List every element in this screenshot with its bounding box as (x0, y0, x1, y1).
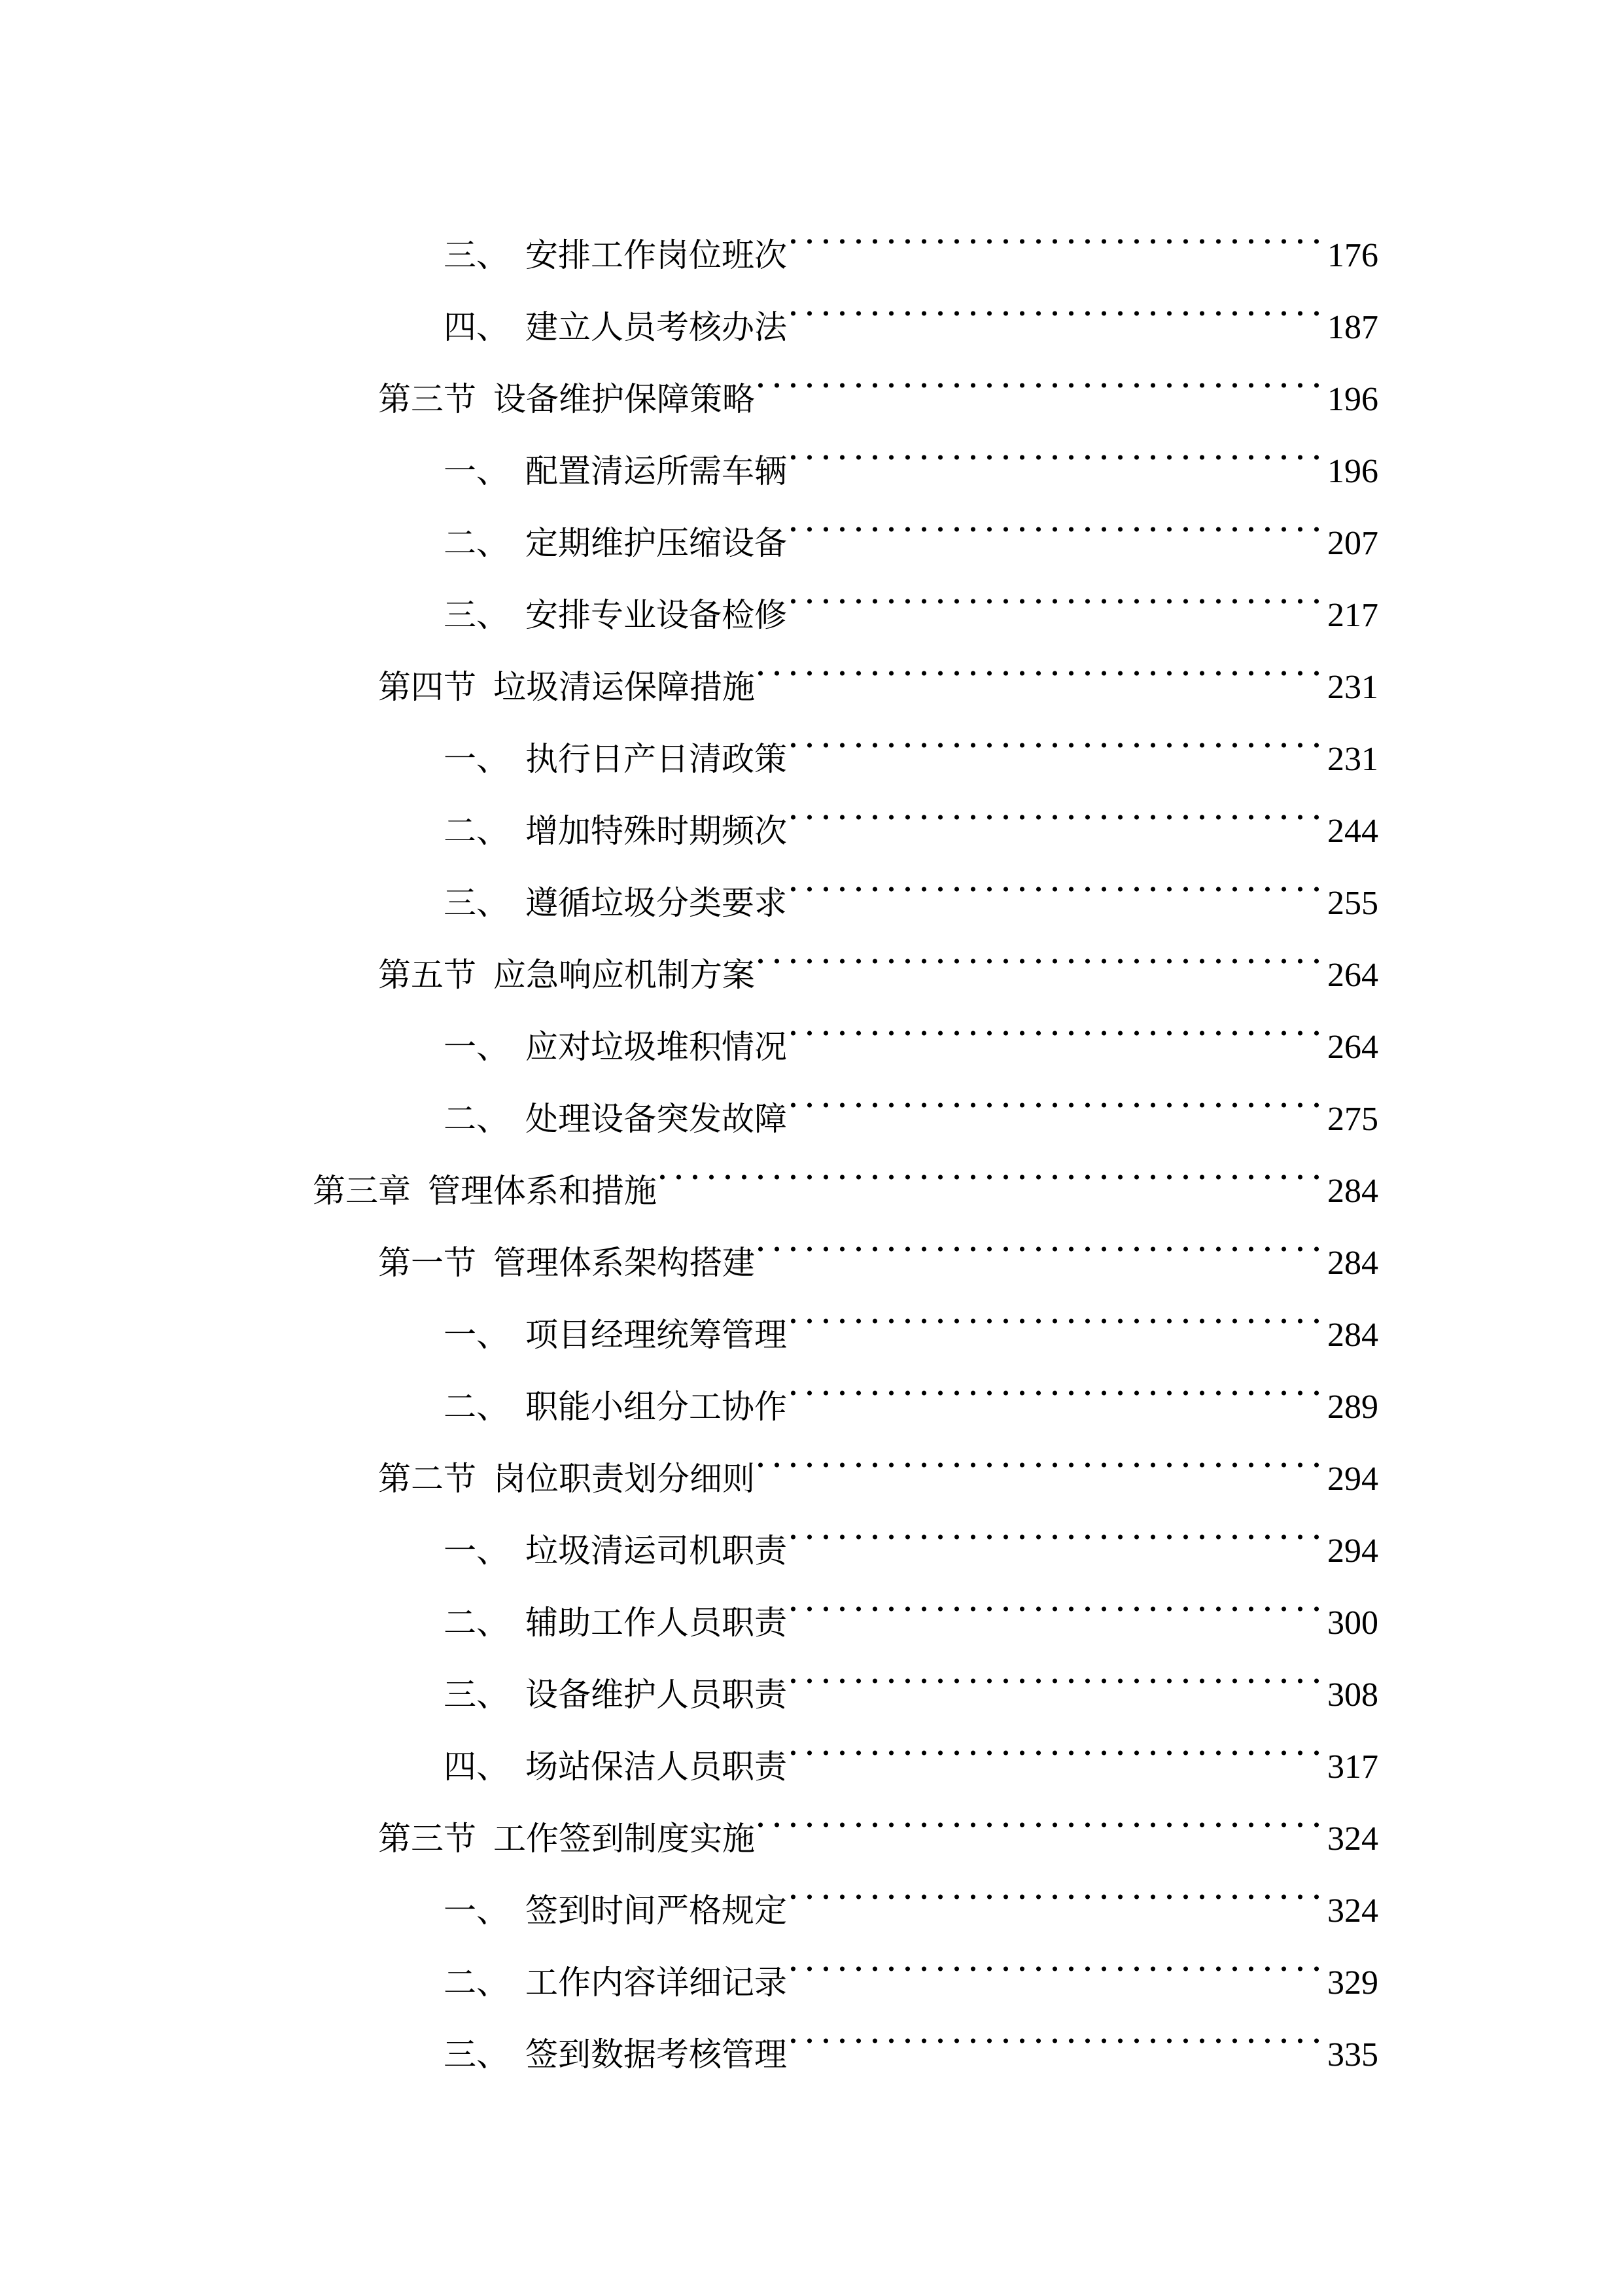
dot-leader (758, 626, 1325, 698)
dot-leader (758, 914, 1325, 986)
dot-leader (758, 1418, 1325, 1490)
dot-leader (758, 1778, 1325, 1850)
toc-entry-number: 三、 (444, 2019, 525, 2091)
dot-leader (790, 554, 1325, 626)
toc-entry-section[interactable]: 第四节垃圾清运保障措施231 (0, 626, 1623, 698)
toc-entry-title: 签到数据考核管理 (525, 2019, 787, 2091)
toc-entry-item[interactable]: 一、配置清运所需车辆196 (0, 410, 1623, 482)
toc-entry-item[interactable]: 一、项目经理统筹管理284 (0, 1274, 1623, 1346)
toc-entry-item[interactable]: 三、安排专业设备检修217 (0, 554, 1623, 626)
dot-leader (790, 986, 1325, 1058)
toc-entry-section[interactable]: 第三节工作签到制度实施324 (0, 1778, 1623, 1850)
toc-entry-item[interactable]: 四、建立人员考核办法187 (0, 266, 1623, 338)
dot-leader (790, 1850, 1325, 1922)
dot-leader (790, 1058, 1325, 1130)
toc-entry-section[interactable]: 第一节管理体系架构搭建284 (0, 1202, 1623, 1274)
dot-leader (790, 770, 1325, 842)
dot-leader (790, 1562, 1325, 1634)
dot-leader (790, 1346, 1325, 1418)
toc-entry-item[interactable]: 三、签到数据考核管理335 (0, 1994, 1623, 2066)
toc-entry-item[interactable]: 一、应对垃圾堆积情况264 (0, 986, 1623, 1058)
dot-leader (790, 1994, 1325, 2066)
dot-leader (790, 194, 1325, 266)
toc-entry-item[interactable]: 三、遵循垃圾分类要求255 (0, 842, 1623, 914)
dot-leader (790, 1706, 1325, 1778)
table-of-contents: 三、安排工作岗位班次176 四、建立人员考核办法187 第三节设备维护保障策略1… (0, 194, 1623, 2066)
dot-leader (790, 1922, 1325, 1994)
toc-entry-item[interactable]: 二、工作内容详细记录329 (0, 1922, 1623, 1994)
toc-entry-item[interactable]: 二、职能小组分工协作289 (0, 1346, 1623, 1418)
toc-entry-item[interactable]: 四、场站保洁人员职责317 (0, 1706, 1623, 1778)
toc-entry-item[interactable]: 一、垃圾清运司机职责294 (0, 1490, 1623, 1562)
dot-leader (790, 1274, 1325, 1346)
toc-entry-item[interactable]: 三、设备维护人员职责308 (0, 1634, 1623, 1706)
toc-entry-item[interactable]: 一、签到时间严格规定324 (0, 1850, 1623, 1922)
dot-leader (790, 1490, 1325, 1562)
dot-leader (758, 338, 1325, 410)
dot-leader (790, 1634, 1325, 1706)
dot-leader (790, 482, 1325, 554)
dot-leader (790, 842, 1325, 914)
document-page: 三、安排工作岗位班次176 四、建立人员考核办法187 第三节设备维护保障策略1… (0, 0, 1623, 2296)
toc-entry-chapter[interactable]: 第三章管理体系和措施284 (0, 1130, 1623, 1202)
toc-entry-page: 335 (1327, 2019, 1378, 2091)
toc-entry-item[interactable]: 二、辅助工作人员职责300 (0, 1562, 1623, 1634)
toc-entry-item[interactable]: 二、处理设备突发故障275 (0, 1058, 1623, 1130)
toc-entry-item[interactable]: 一、执行日产日清政策231 (0, 698, 1623, 770)
toc-entry-section[interactable]: 第五节应急响应机制方案264 (0, 914, 1623, 986)
toc-entry-section[interactable]: 第二节岗位职责划分细则294 (0, 1418, 1623, 1490)
dot-leader (659, 1130, 1325, 1202)
toc-entry-section[interactable]: 第三节设备维护保障策略196 (0, 338, 1623, 410)
dot-leader (790, 410, 1325, 482)
toc-entry-item[interactable]: 二、定期维护压缩设备207 (0, 482, 1623, 554)
dot-leader (790, 698, 1325, 770)
toc-entry-item[interactable]: 二、增加特殊时期频次244 (0, 770, 1623, 842)
dot-leader (790, 266, 1325, 338)
toc-entry-item[interactable]: 三、安排工作岗位班次176 (0, 194, 1623, 266)
dot-leader (758, 1202, 1325, 1274)
